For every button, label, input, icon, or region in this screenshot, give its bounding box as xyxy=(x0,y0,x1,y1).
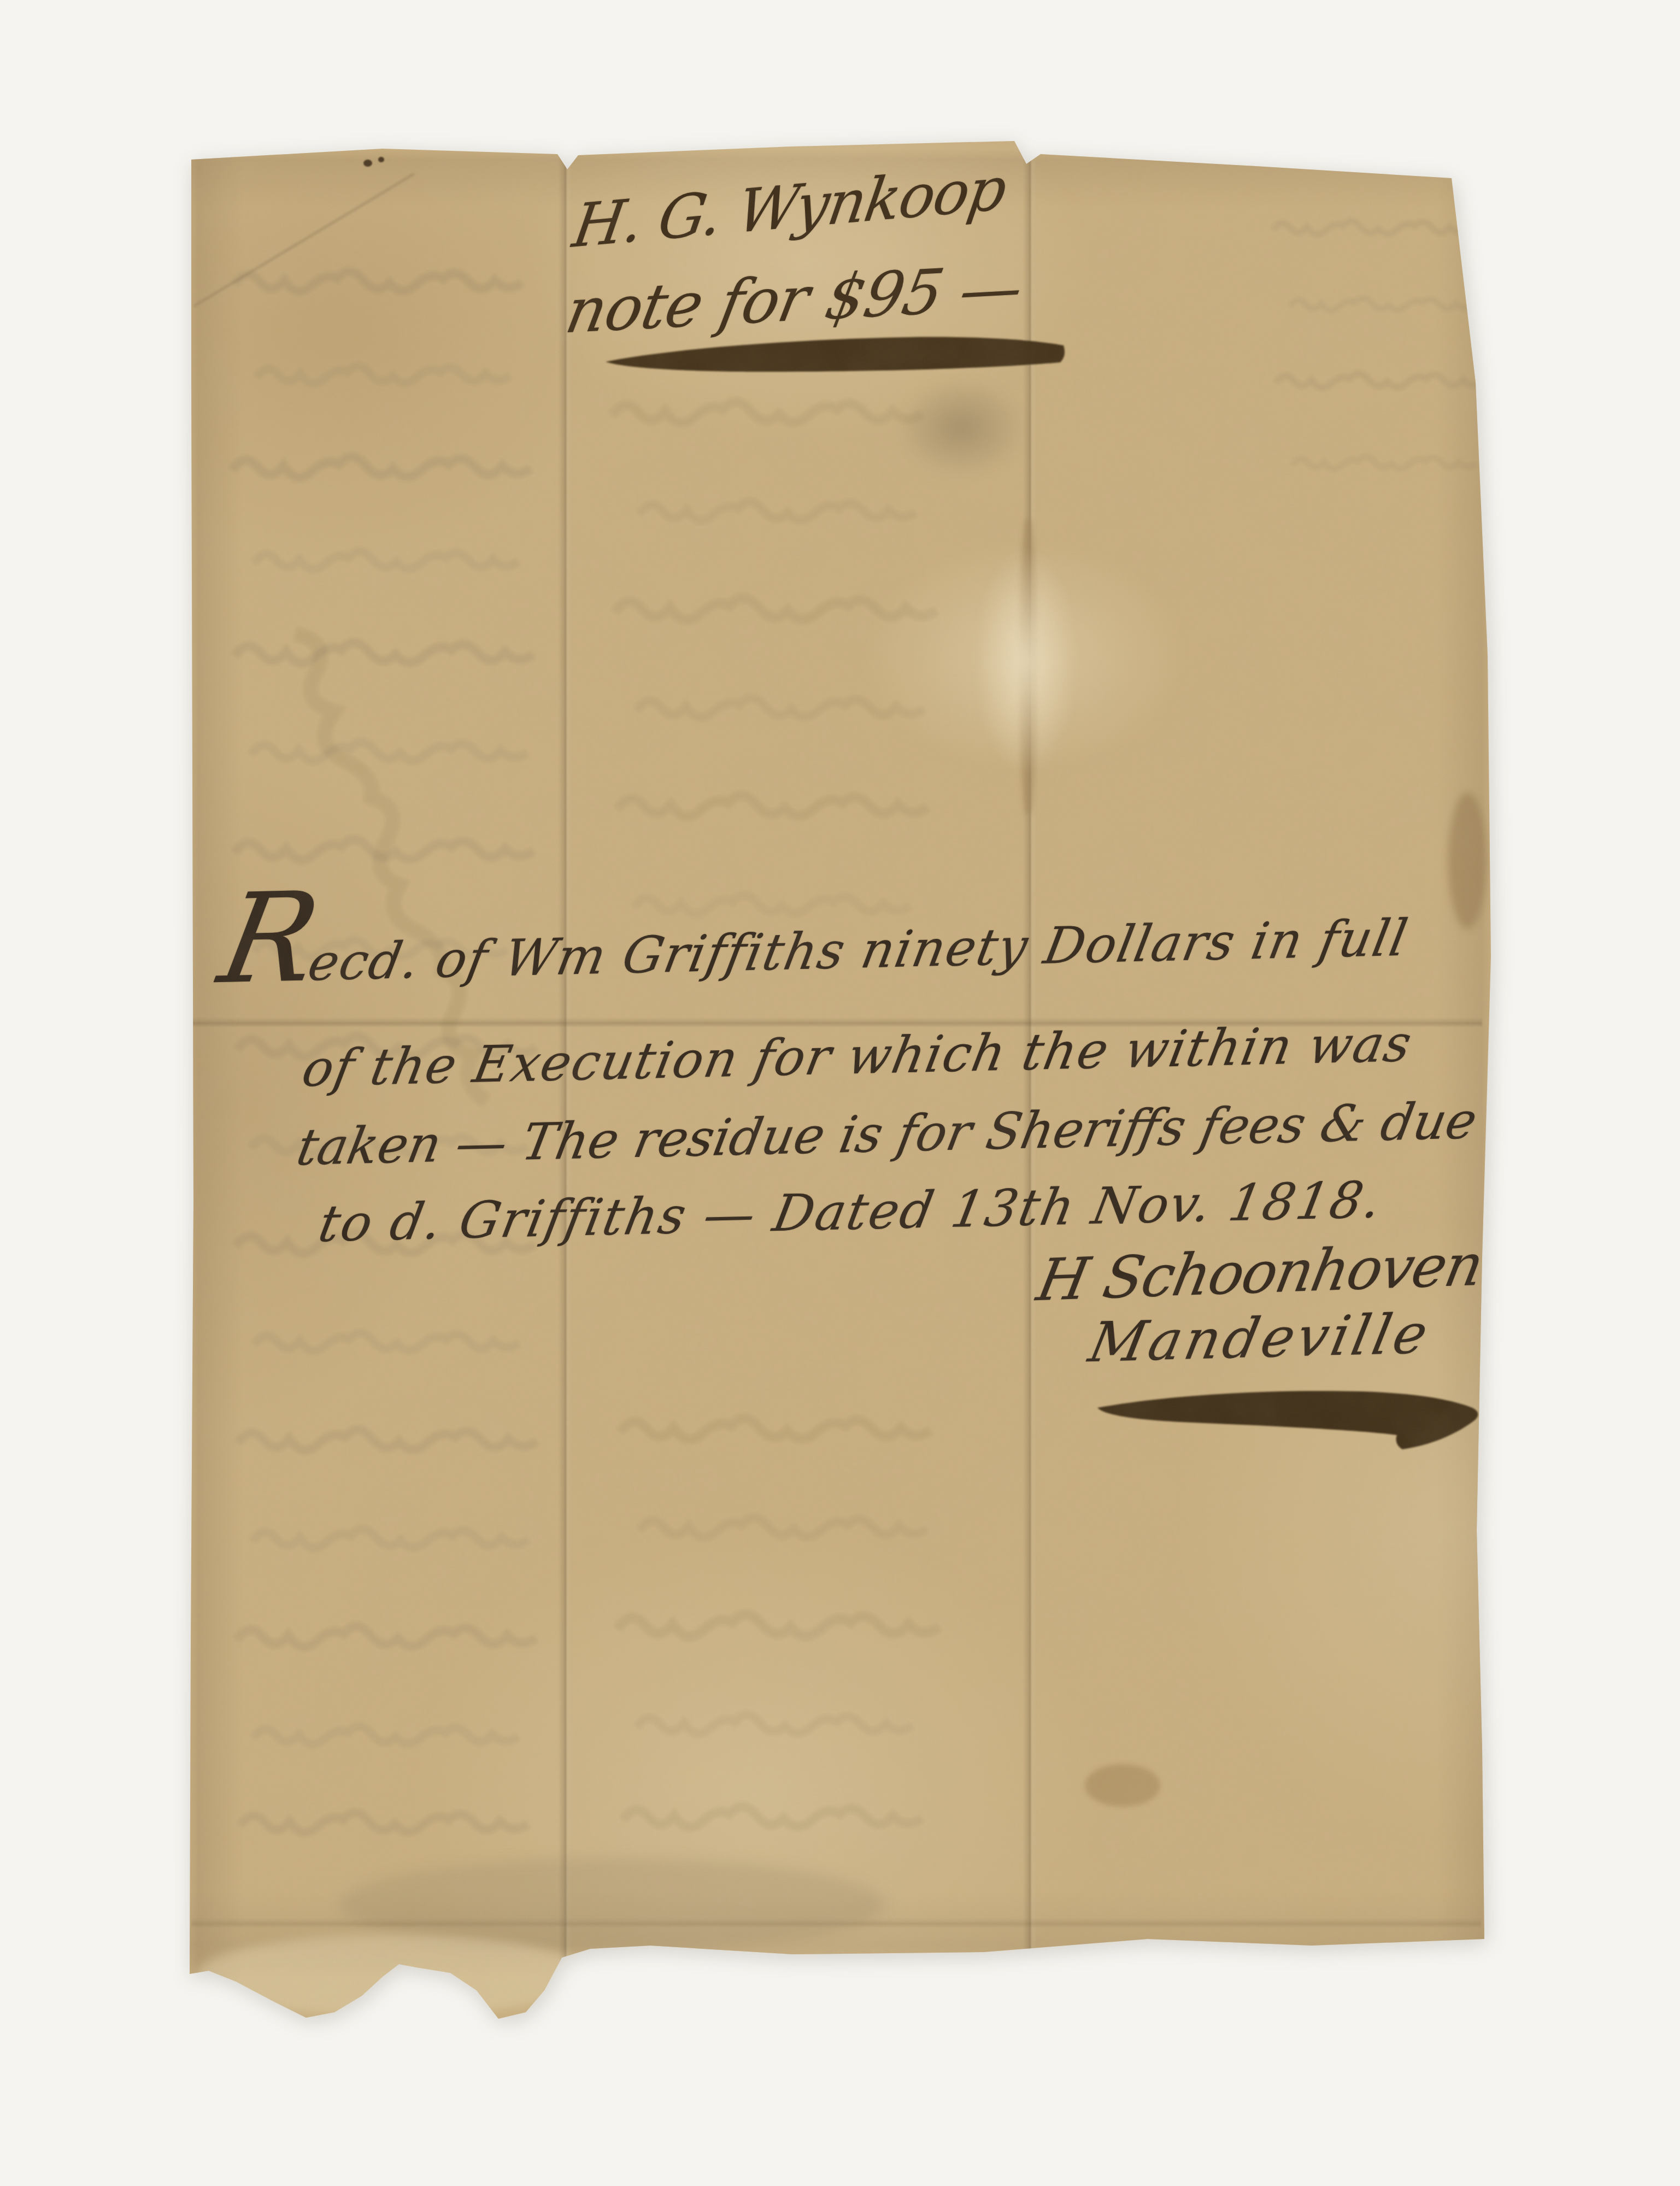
docket-name-line: H. G. Wynkoop xyxy=(568,154,1011,261)
receipt-text-line-3: taken — The residue is for Sheriffs fees… xyxy=(292,1091,1482,1177)
docket-amount-line: note for $95 — xyxy=(560,252,1028,348)
ink-dot-1 xyxy=(363,160,372,167)
document-paper: H. G. Wynkoop note for $95 — Recd. of Wm… xyxy=(0,0,1680,2186)
receipt-text-line-1: Recd. of Wm Griffiths ninety Dollars in … xyxy=(213,908,1413,994)
smudge-stain-top-center xyxy=(896,377,1027,478)
signature-line-2: Mandeville xyxy=(1084,1301,1436,1374)
crease-diagonal-top-left xyxy=(193,173,415,307)
stain-bottom-right xyxy=(1085,1764,1160,1807)
ink-dot-2 xyxy=(378,157,384,162)
pale-patch xyxy=(974,546,1078,776)
signature-line-1: H Schoonhoven d. xyxy=(1032,1229,1558,1314)
torn-edge-highlight xyxy=(197,1935,590,2017)
scanner-bed: H. G. Wynkoop note for $95 — Recd. of Wm… xyxy=(0,0,1680,2186)
stain-right-edge xyxy=(1448,792,1487,929)
